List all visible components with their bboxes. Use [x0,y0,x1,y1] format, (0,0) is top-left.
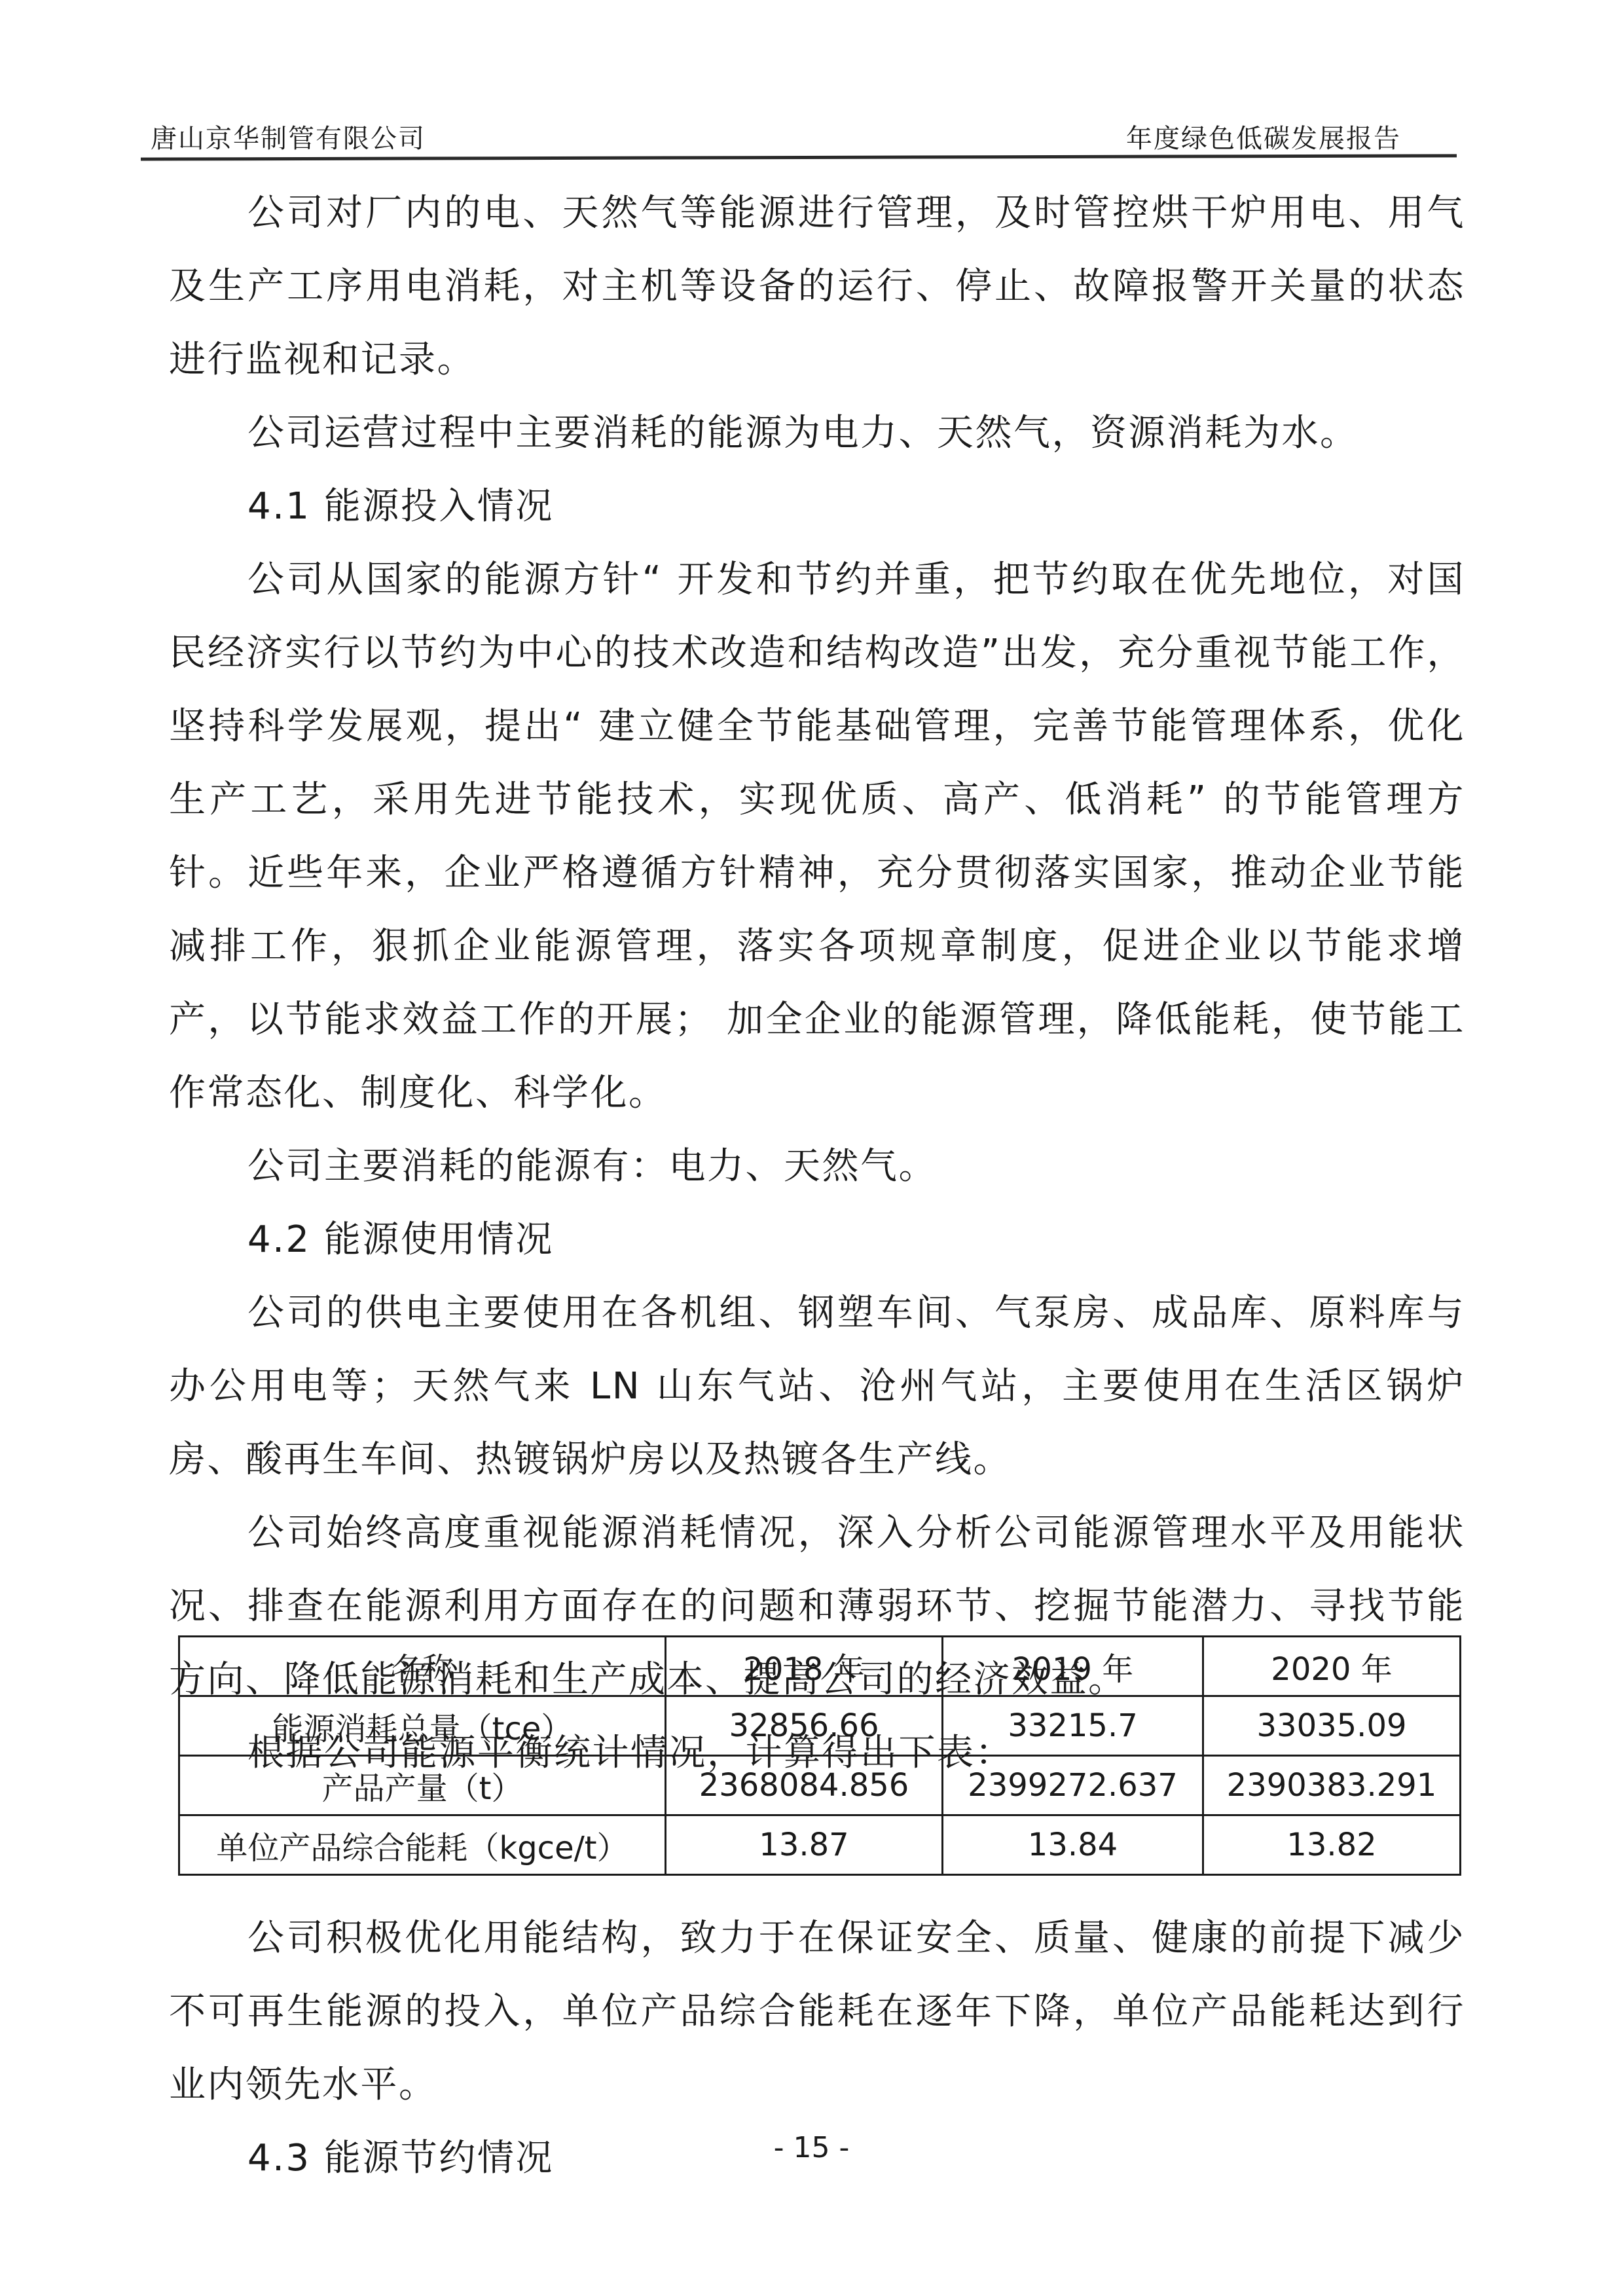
energy-table-container: 名称 2018 年 2019 年 2020 年 能源消耗总量（tce） 3285… [178,1635,1461,1876]
table-header-row: 名称 2018 年 2019 年 2020 年 [179,1637,1461,1696]
paragraph: 公司的供电主要使用在各机组、钢塑车间、气泵房、成品库、原料库与办公用电等；天然气… [169,1277,1465,1497]
table-cell: 能源消耗总量（tce） [179,1696,666,1756]
table-cell: 单位产品综合能耗（kgce/t） [179,1815,666,1875]
report-title: 年度绿色低碳发展报告 [1126,118,1401,155]
section-heading-4-1: 4.1 能源投入情况 [169,470,1465,543]
table-cell: 2390383.291 [1203,1756,1461,1815]
table-cell: 13.84 [943,1815,1203,1875]
paragraph: 公司积极优化用能结构，致力于在保证安全、质量、健康的前提下减少不可再生能源的投入… [169,1902,1465,2122]
table-cell: 13.87 [666,1815,943,1875]
section-heading-4-2: 4.2 能源使用情况 [169,1203,1465,1277]
paragraph: 公司从国家的能源方针“ 开发和节约并重，把节约取在优先地位，对国民经济实行以节约… [169,543,1465,1130]
table-cell: 产品产量（t） [179,1756,666,1815]
table-row: 产品产量（t） 2368084.856 2399272.637 2390383.… [179,1756,1461,1815]
paragraph: 公司运营过程中主要消耗的能源为电力、天然气，资源消耗为水。 [169,397,1465,470]
table-row: 单位产品综合能耗（kgce/t） 13.87 13.84 13.82 [179,1815,1461,1875]
page-header: 唐山京华制管有限公司 年度绿色低碳发展报告 [151,118,1453,157]
paragraph: 公司对厂内的电、天然气等能源进行管理，及时管控烘干炉用电、用气及生产工序用电消耗… [169,177,1465,397]
table-header-cell: 2019 年 [943,1637,1203,1696]
table-row: 能源消耗总量（tce） 32856.66 33215.7 33035.09 [179,1696,1461,1756]
table-cell: 2399272.637 [943,1756,1203,1815]
table-cell: 13.82 [1203,1815,1461,1875]
paragraph: 公司主要消耗的能源有：电力、天然气。 [169,1130,1465,1203]
company-name: 唐山京华制管有限公司 [151,118,426,155]
table-cell: 32856.66 [666,1696,943,1756]
energy-consumption-table: 名称 2018 年 2019 年 2020 年 能源消耗总量（tce） 3285… [178,1635,1461,1876]
table-header-cell: 名称 [179,1637,666,1696]
table-header-cell: 2020 年 [1203,1637,1461,1696]
page-number: - 15 - [0,2131,1623,2164]
table-cell: 2368084.856 [666,1756,943,1815]
table-cell: 33035.09 [1203,1696,1461,1756]
body-content: 公司对厂内的电、天然气等能源进行管理，及时管控烘干炉用电、用气及生产工序用电消耗… [169,177,1465,1790]
table-header-cell: 2018 年 [666,1637,943,1696]
table-cell: 33215.7 [943,1696,1203,1756]
